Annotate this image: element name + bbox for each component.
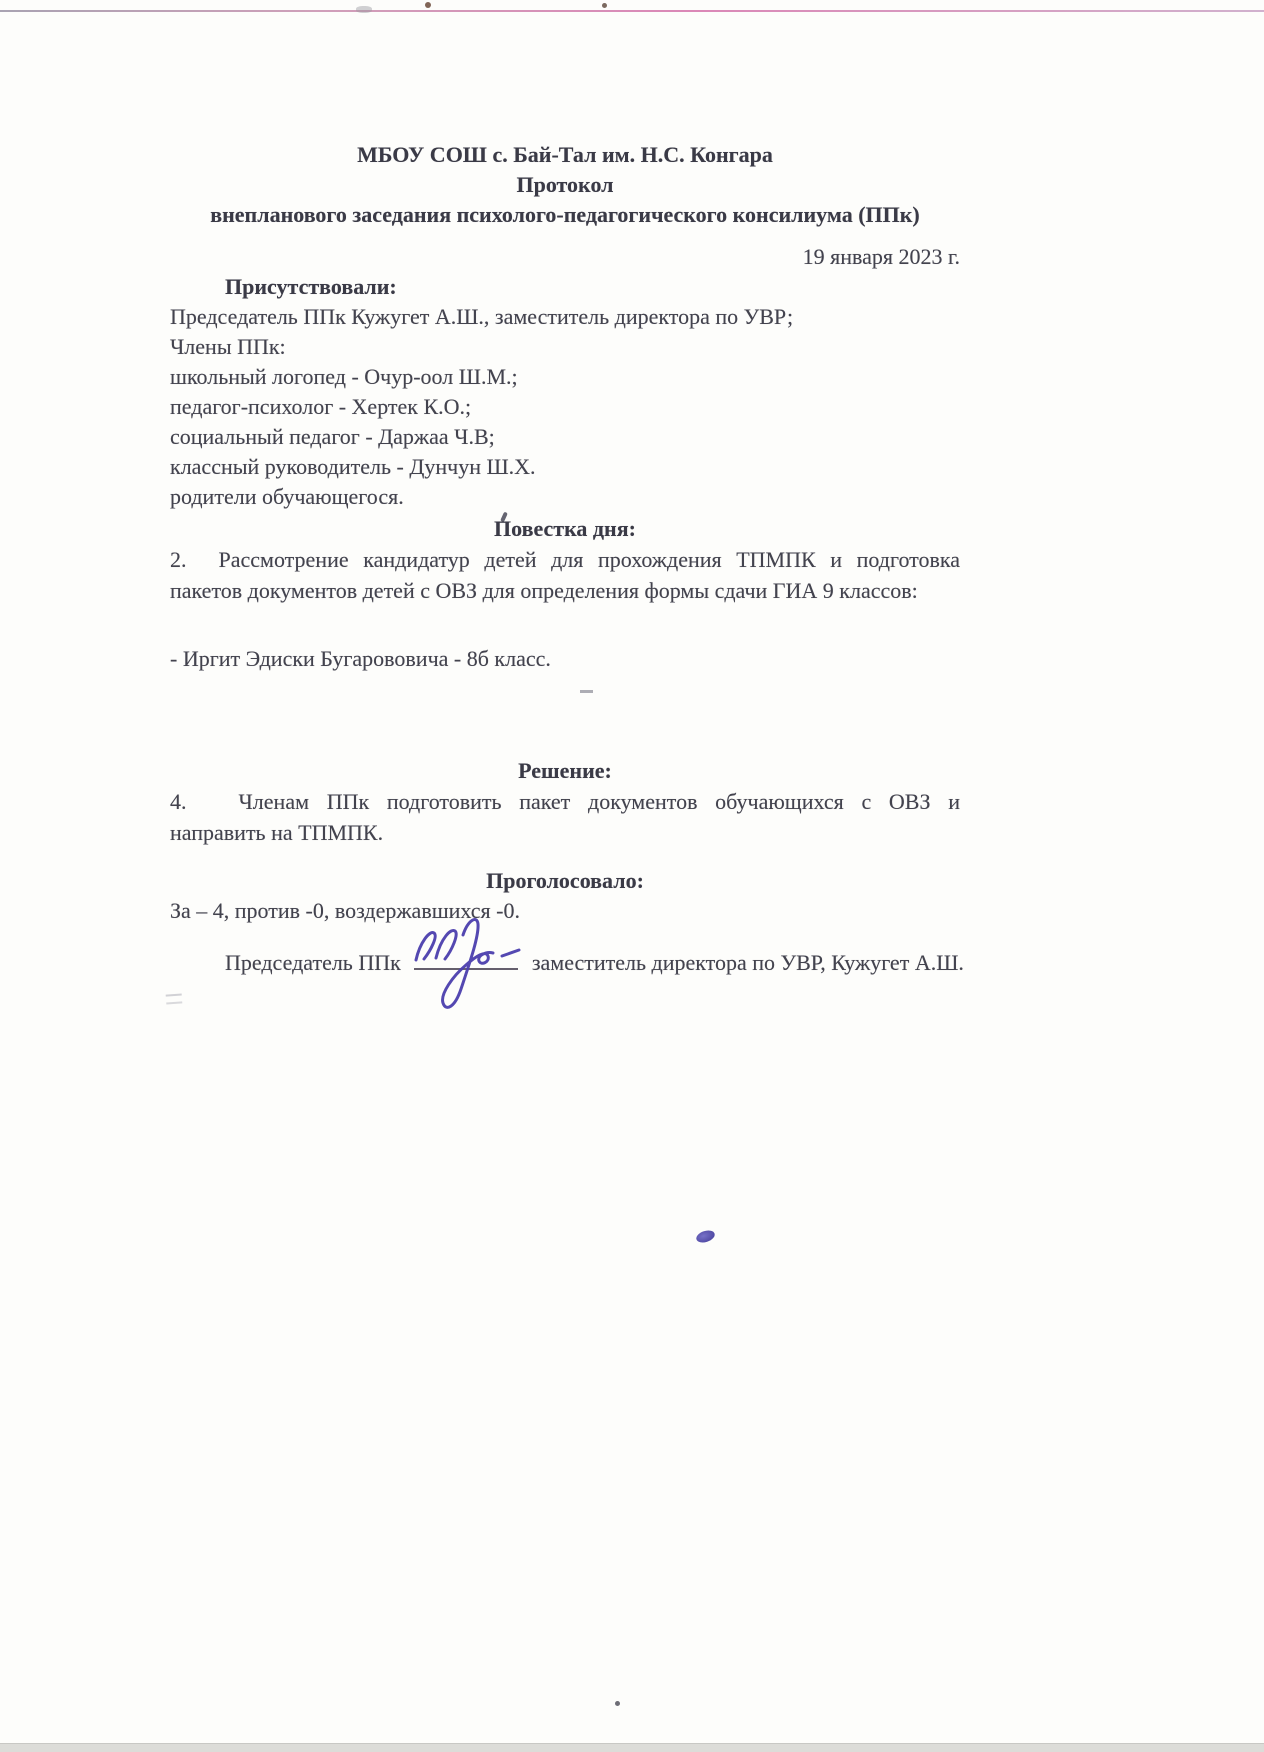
decision-item: 4.Членам ППк подготовить пакет документо… [170, 786, 960, 848]
scan-smudge [356, 6, 372, 13]
decision-item-number: 4. [170, 786, 187, 817]
school-name: МБОУ СОШ с. Бай-Тал им. Н.С. Конгара [170, 140, 960, 170]
scan-bottom-edge [0, 1743, 1264, 1752]
vote-heading: Проголосовало: [170, 866, 960, 896]
scanned-document-page: МБОУ СОШ с. Бай-Тал им. Н.С. Конгара Про… [0, 0, 1264, 1752]
ink-blot [695, 1228, 716, 1244]
scan-faint-mark [166, 993, 183, 1004]
signature-after-label: заместитель директора по УВР, Кужугет А.… [532, 950, 964, 975]
attendee-chairperson: Председатель ППк Кужугет А.Ш., заместите… [170, 302, 960, 332]
document-title: Протокол [170, 170, 960, 200]
attendee-class-teacher: классный руководитель - Дунчун Ш.Х. [170, 452, 960, 482]
attendees-list: Председатель ППк Кужугет А.Ш., заместите… [170, 302, 960, 512]
vote-result: За – 4, против -0, воздержавшихся -0. [170, 896, 960, 926]
attendee-members-label: Члены ППк: [170, 332, 960, 362]
document-subtitle: внепланового заседания психолого-педагог… [170, 200, 960, 230]
attendee-speech-therapist: школьный логопед - Очур-оол Ш.М.; [170, 362, 960, 392]
scan-speck [615, 1701, 620, 1706]
scan-top-edge-line [0, 10, 1264, 12]
agenda-item-text: Рассмотрение кандидатур детей для прохож… [170, 547, 960, 603]
agenda-heading: Повестка дня: [170, 514, 960, 544]
scan-speck [602, 3, 607, 8]
document-date: 19 января 2023 г. [170, 242, 960, 272]
decision-item-text: Членам ППк подготовить пакет документов … [170, 789, 960, 845]
attendee-social-pedagogue: социальный педагог - Даржаа Ч.В; [170, 422, 960, 452]
decision-heading: Решение: [170, 756, 960, 786]
agenda-item: 2.Рассмотрение кандидатур детей для прох… [170, 544, 960, 606]
attendee-parents: родители обучающегося. [170, 482, 960, 512]
signature-role-label: Председатель ППк [225, 950, 401, 975]
agenda-item-number: 2. [170, 544, 187, 575]
student-line: - Иргит Эдиски Бугарововича - 8б класс. [170, 644, 960, 674]
attendee-psychologist: педагог-психолог - Хертек К.О.; [170, 392, 960, 422]
signature-line [414, 966, 518, 970]
attendees-heading: Присутствовали: [170, 272, 960, 302]
document-body: МБОУ СОШ с. Бай-Тал им. Н.С. Конгара Про… [170, 140, 960, 978]
handwritten-signature-icon [408, 904, 540, 1026]
scan-speck [425, 2, 431, 8]
signature-row: Председатель ППк заместитель директора п… [170, 948, 960, 978]
